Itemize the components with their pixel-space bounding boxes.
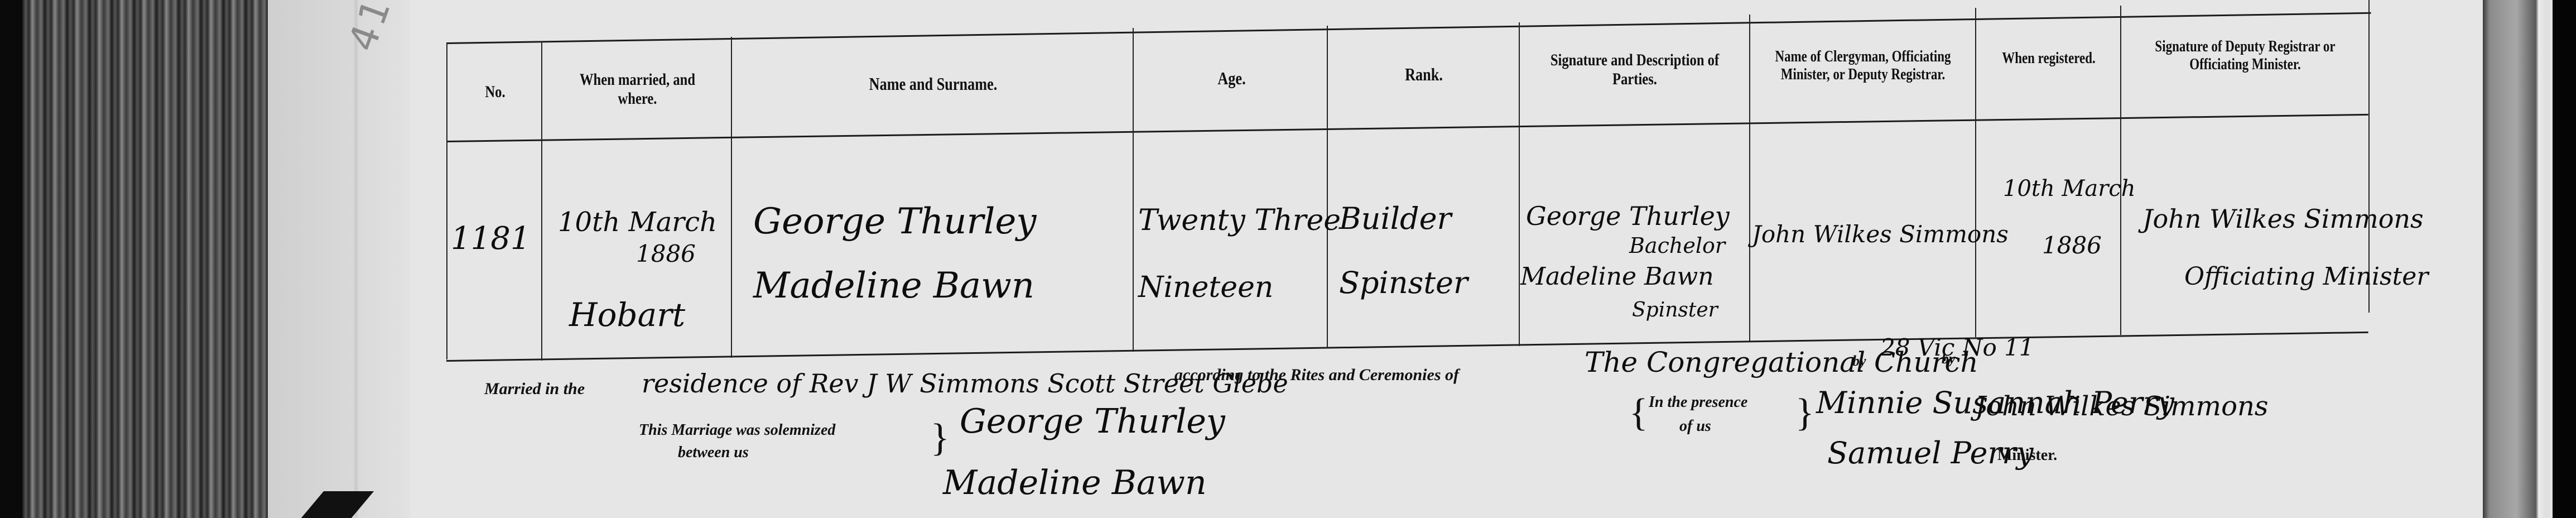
cell-age-groom: Twenty Three	[1138, 204, 1341, 237]
cell-rank-bride: Spinster	[1339, 265, 1468, 300]
page-edge-right	[2483, 0, 2550, 518]
col-divider	[541, 41, 542, 361]
presence-label-line2: of us	[1679, 418, 1711, 435]
cell-age-bride: Nineteen	[1138, 271, 1273, 304]
party-signature-bride: Madeline Bawn	[943, 463, 1207, 502]
minister-label: Minister.	[1997, 447, 2057, 464]
cell-when-date: 10th March	[558, 207, 717, 238]
cell-when-place: Hobart	[569, 296, 685, 334]
licence-value: 28 Vic No 11	[1880, 334, 2034, 361]
solemnized-label-line1: This Marriage was solemnized	[639, 421, 835, 439]
col-divider	[1327, 26, 1328, 348]
cell-signature-groom-desc: Bachelor	[1629, 233, 1725, 258]
cell-registrar-title: Officiating Minister	[2184, 262, 2428, 291]
cell-registrar-signature: John Wilkes Simmons	[2142, 204, 2424, 234]
col-divider	[1749, 15, 1750, 341]
header-rank: Rank.	[1346, 27, 1502, 122]
cell-when-year: 1886	[636, 240, 696, 267]
cell-signature-bride: Madeline Bawn	[1520, 262, 1714, 291]
header-when-married: When married, and where.	[561, 42, 714, 137]
header-when-registered: When registered.	[1990, 11, 2107, 106]
cell-registered-date: 10th March	[2003, 176, 2136, 202]
cell-signature-bride-desc: Spinster	[1632, 299, 1718, 322]
page-edges	[268, 0, 410, 518]
brace-open-presence: {	[1629, 391, 1648, 435]
cell-name-bride: Madeline Bawn	[753, 265, 1034, 306]
col-divider	[446, 44, 447, 359]
party-signature-groom: George Thurley	[960, 402, 1225, 441]
married-in-label: Married in the	[484, 380, 585, 399]
minister-signature: John Wilkes Simmons	[1975, 391, 2269, 422]
solemnized-label-line2: between us	[678, 444, 749, 462]
brace-close-presence: }	[1795, 391, 1814, 435]
scan-border-left	[0, 0, 22, 518]
header-age: Age.	[1153, 31, 1311, 126]
header-clergyman: Name of Clergyman, Officiating Minister,…	[1771, 16, 1955, 116]
scan-border-right	[2553, 0, 2576, 518]
cell-no: 1181	[451, 220, 531, 257]
presence-label-line1: In the presence	[1649, 394, 1747, 411]
col-divider	[2120, 6, 2121, 335]
cell-clergyman: John Wilkes Simmons	[1752, 220, 2009, 248]
col-divider	[1133, 28, 1134, 352]
header-no: No.	[458, 45, 533, 140]
by-label-1: by	[1852, 353, 1866, 370]
col-divider	[1519, 22, 1520, 346]
cell-name-groom: George Thurley	[753, 201, 1037, 242]
cell-signature-groom: George Thurley	[1526, 201, 1730, 231]
brace-left-group: }	[931, 416, 950, 461]
header-name-surname: Name and Surname.	[769, 36, 1096, 131]
book-spine	[0, 0, 268, 518]
according-label: according to the Rites and Ceremonies of	[1174, 366, 1459, 385]
col-divider	[1975, 8, 1976, 337]
cell-rank-groom: Builder	[1339, 201, 1451, 236]
by-label-2: by	[1942, 351, 1956, 367]
header-deputy-registrar-signature: Signature of Deputy Registrar or Officia…	[2145, 8, 2346, 103]
header-signature-parties: Signature and Description of Parties.	[1542, 22, 1728, 117]
col-divider	[731, 37, 732, 358]
cell-registered-year: 1886	[2042, 232, 2102, 259]
